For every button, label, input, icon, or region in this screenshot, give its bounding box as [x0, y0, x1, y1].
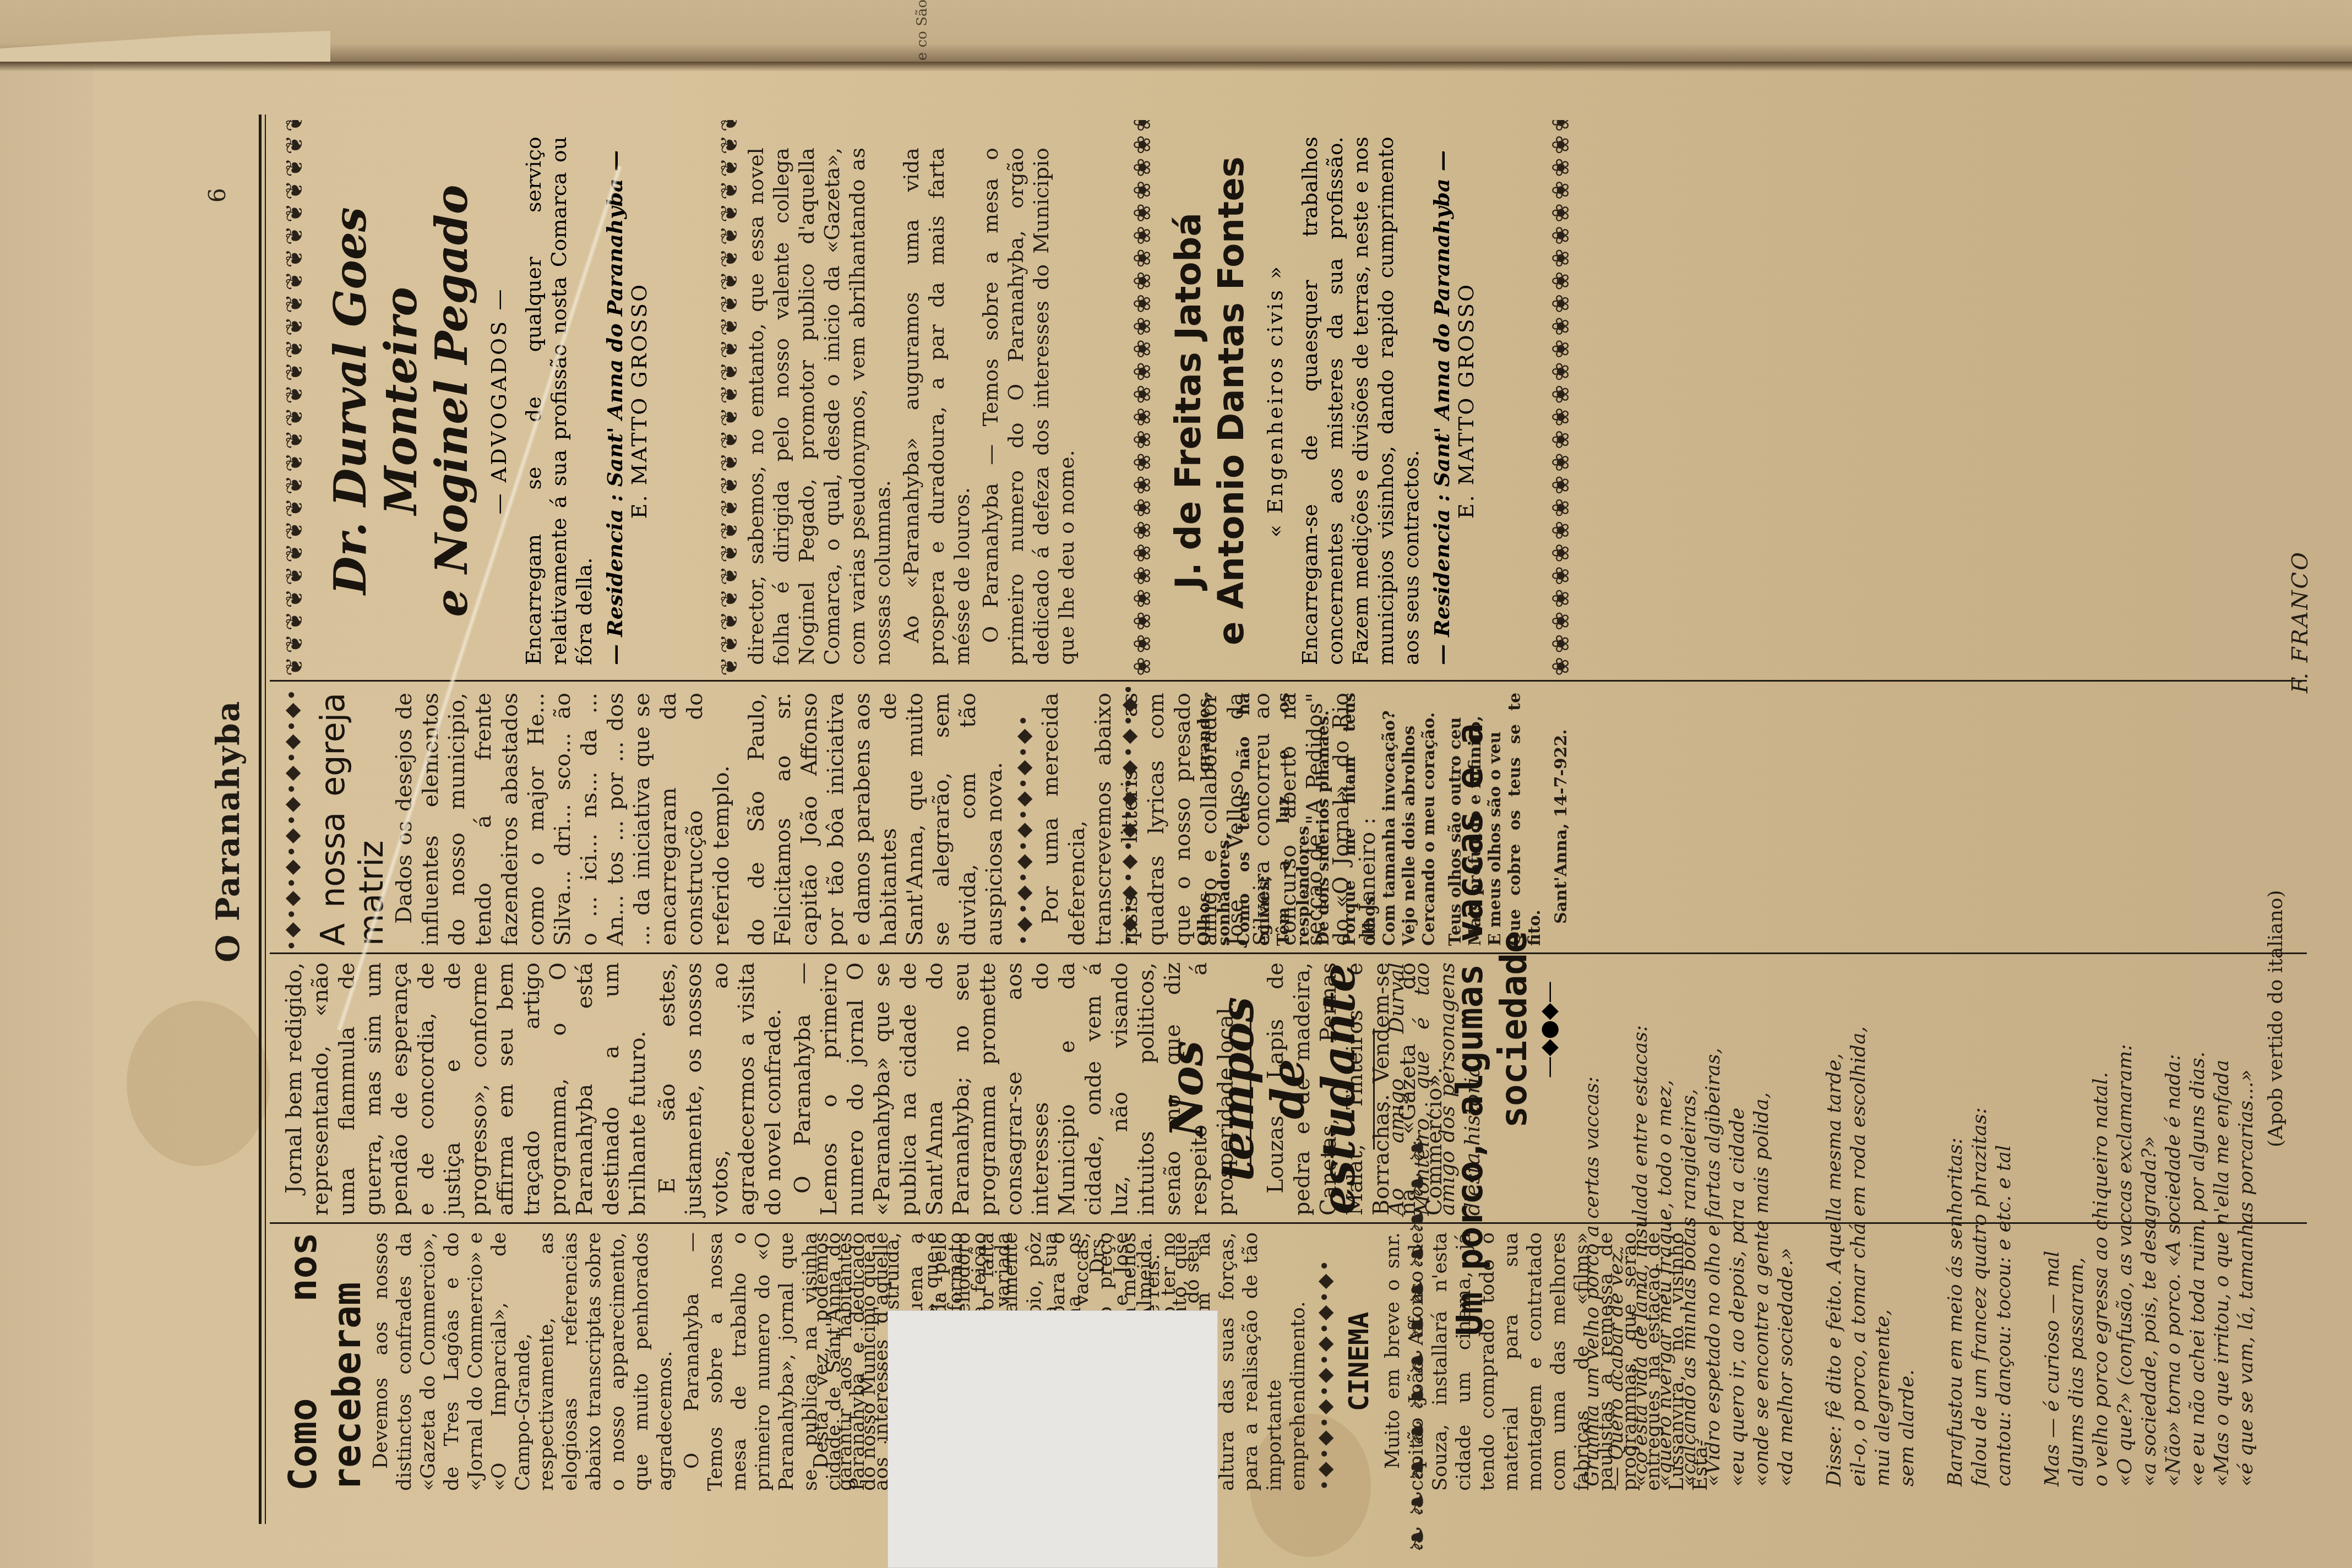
article-gazeta: director, sabemos, no emtanto, que essa …: [743, 148, 1082, 665]
ad-lawyers-name: Dr. Durval Goes Monteiro: [325, 137, 426, 665]
dot-divider: •◆•◆•◆•◆•◆•◆•◆•: [1313, 1232, 1337, 1491]
translation-note: (Apob vertido do italiano): [2264, 551, 2288, 1487]
verse-line: sem alarde.: [1895, 551, 1919, 1487]
verse-line: «e eu não achei toda ruim, por alguns di…: [2186, 551, 2210, 1487]
verse-line: «O que?» (confusão, as vaccas exclamaram…: [2113, 551, 2137, 1487]
author-signature: F. FRANCO: [2288, 551, 2312, 1487]
verse-line: Disse: fê dito e feito. Aquella mesma ta…: [1822, 551, 1847, 1487]
paragraph: Jornal bem redigido, representando, «não…: [281, 962, 651, 1216]
verse-line: «eu quero ir, ao depois, para a cidade: [1725, 551, 1750, 1487]
verse-line: mui alegremente,: [1871, 551, 1895, 1487]
ornament-border: ❀❀❀❀❀❀❀❀❀❀❀❀❀❀❀❀❀❀❀❀❀❀❀❀❀❀❀❀❀❀: [1129, 120, 1156, 676]
verse-line: Grunhia um velho porco a certas vaccas:: [1580, 551, 1604, 1487]
paragraph: Devemos aos nossos distinctos confrades …: [369, 1232, 677, 1491]
masthead: O Paranahyba: [209, 700, 247, 962]
como-title: Como nos receberam: [281, 1232, 369, 1491]
leaf-ornament-border: ❧❧❧❧❧❧❧❧❧❧❧❧: [1398, 507, 1437, 1553]
verse-line: «onde se encontre a gente mais polida,: [1750, 551, 1774, 1487]
poem-stanza: Olhos grandes, sonhadores, Como os teus …: [1195, 693, 1333, 946]
paragraph: O Paranahyba — Temos sobre a mesa o prim…: [978, 148, 1079, 665]
um-porco-title-2: sociedade: [1492, 540, 1536, 1520]
dot-divider: •◆•◆•◆•◆•◆•◆•◆•◆•◆•◆•: [281, 687, 303, 951]
nos-tempos-title: Nos tempos de estudante: [1162, 962, 1364, 1216]
ad-lawyers-name-2: e Noginel Pegado: [426, 137, 477, 665]
verse-line: «é que se vam, lá, tamanhas porcarias...…: [2234, 551, 2258, 1487]
divider-ornament: —◆●◆—: [1536, 540, 1561, 1520]
verse-line: [2016, 551, 2040, 1487]
verse-line: [1919, 551, 1943, 1487]
dot-divider: •◆•◆•◆•◆•◆•◆•◆•: [1011, 693, 1037, 946]
page-number: 6: [204, 188, 231, 203]
ornament-border: ❦❦❦❦❦❦❦❦❦❦❦❦❦❦❦❦❦❦❦❦❦❦❦❦❦❦❦❦❦❦: [281, 120, 308, 676]
ad-engineers-name-2: e Antonio Dantas Fontes: [1210, 137, 1253, 665]
ornament-border: ❦❦❦❦❦❦❦❦❦❦❦❦❦❦❦❦❦❦❦❦❦❦❦❦❦❦❦❦❦❦: [716, 120, 743, 676]
dot-divider: •◆•◆•◆•◆•◆•◆•◆•◆•: [1118, 687, 1140, 946]
verse-line: «quero nvergar meu fraque, todo o mez,: [1653, 551, 1677, 1487]
paragraph: Dados os desejos de influentes elementos…: [391, 693, 734, 946]
cinema-title: CINEMA: [1337, 1232, 1381, 1491]
verse-line: «co'esta vida de lama, insulada entre es…: [1629, 551, 1653, 1487]
paper-repair-patch: [888, 1310, 1218, 1568]
verse-line: «da melhor sociedade.»: [1774, 551, 1798, 1487]
overlapping-sheet-text: e co São munici de guid es v noss prepl …: [914, 0, 2345, 61]
verse-line: eil-o, o porco, a tomar chá em roda esco…: [1847, 551, 1871, 1487]
header-rule: [259, 115, 266, 1524]
verse-line: — Quero acabar de vez: [1604, 551, 1629, 1487]
short-rule: [1373, 1028, 1375, 1150]
verse-line: [1798, 551, 1822, 1487]
um-porco-region: ❧❧❧❧❧❧❧❧❧❧❧❧ Um porco, algumas vaccas e …: [1398, 507, 2257, 1553]
sheet-tear: [0, 22, 330, 62]
paragraph: Ao «Paranahyba» auguramos uma vida prosp…: [899, 148, 974, 665]
verse-line: «Não» torna o porco. «A sociedade é nada…: [2162, 551, 2186, 1487]
ad-engineers-role: « Engenheiros civis »: [1263, 137, 1287, 665]
verse-line: «calçando as minhas botas rangideiras,: [1677, 551, 1701, 1487]
verse-line: falou de um francez quatro phrazitas:: [1968, 551, 1992, 1487]
overlapping-sheet: e co São munici de guid es v noss prepl …: [0, 0, 2352, 62]
verse-line: algums dias passaram,: [2065, 551, 2089, 1487]
ad-lawyers-body: Encarregam se de qualquer serviço relati…: [521, 137, 597, 665]
paragraph: E são estes, justamente, os nossos votos…: [654, 962, 786, 1216]
ad-engineers-name: J. de Freitas Jatobá: [1167, 137, 1210, 665]
paragraph: do de São Paulo, Felicitamos ao sr. capi…: [743, 693, 1008, 946]
verse-line: «Mas o que irritou, o que n'ella me enfa…: [2210, 551, 2234, 1487]
um-porco-title: Um porco, algumas vaccas e a: [1448, 540, 1492, 1520]
verse-line: «a sociedade, pois, te desagrada?»: [2137, 551, 2162, 1487]
verse-line: Mas — é curioso — mal: [2040, 551, 2065, 1487]
ad-lawyers-city: E. MATTO GROSSO: [627, 137, 651, 665]
verse-line: Barafustou em meio ás senhoritas:: [1943, 551, 1968, 1487]
paragraph: director, sabemos, no emtanto, que essa …: [743, 148, 895, 665]
verse-line: «Vidro espetado no olho e fartas algibei…: [1701, 551, 1725, 1487]
ad-lawyers-role: — ADVOGADOS —: [487, 137, 511, 665]
verse-line: cantou: dançou: tocou: e etc. e tal: [1992, 551, 2016, 1487]
um-porco-verses: Grunhia um velho porco a certas vaccas:—…: [1580, 551, 2312, 1487]
fold-shadow: [0, 62, 2352, 72]
verse-line: o velho porco egressa ao chiqueiro natal…: [2089, 551, 2113, 1487]
